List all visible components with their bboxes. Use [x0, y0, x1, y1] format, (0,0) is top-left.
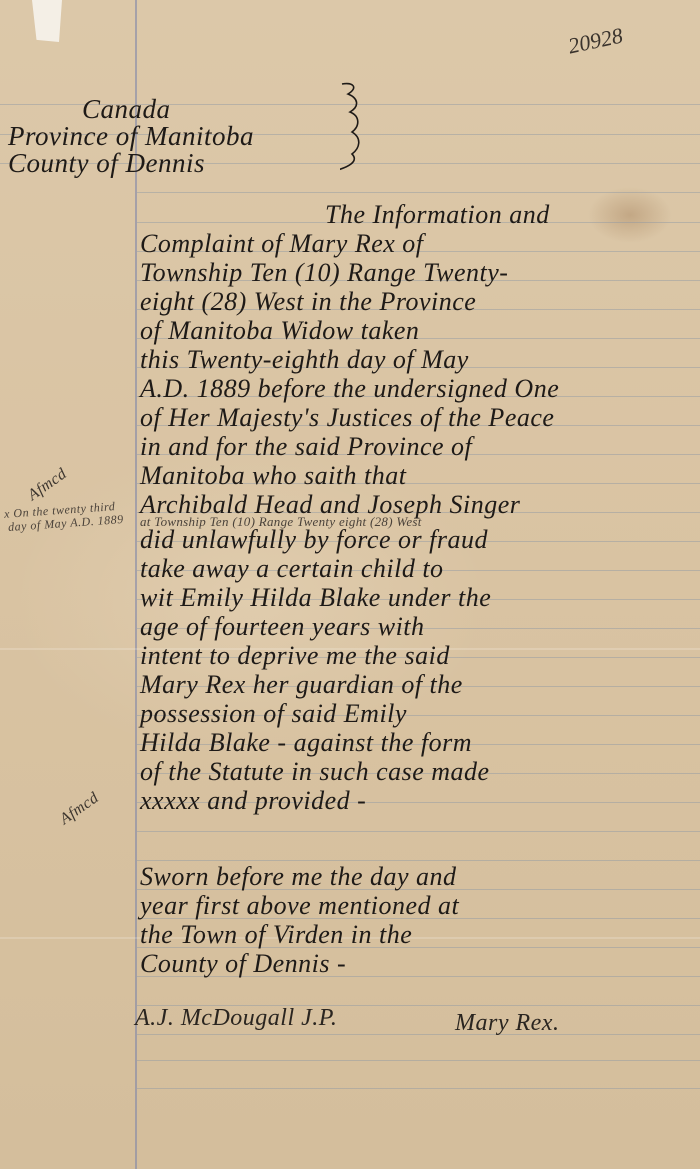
- body-line: The Information and: [325, 200, 550, 230]
- body-line: possession of said Emily: [140, 699, 407, 729]
- body-line: of Manitoba Widow taken: [140, 316, 419, 346]
- body-line: Complaint of Mary Rex of: [140, 229, 424, 259]
- body-line: intent to deprive me the said: [140, 641, 450, 671]
- body-line: Manitoba who saith that: [140, 461, 406, 491]
- torn-corner: [32, 0, 62, 42]
- ruled-line: [137, 860, 700, 861]
- body-line: wit Emily Hilda Blake under the: [140, 583, 491, 613]
- body-line: A.D. 1889 before the undersigned One: [140, 374, 559, 404]
- justice-signature: A.J. McDougall J.P.: [135, 1005, 337, 1032]
- body-line: this Twenty-eighth day of May: [140, 345, 469, 375]
- body-line: in and for the said Province of: [140, 432, 472, 462]
- body-line: Township Ten (10) Range Twenty-: [140, 258, 508, 288]
- jurat-line: year first above mentioned at: [140, 891, 459, 921]
- margin-initials: Afmcd: [57, 789, 103, 829]
- ruled-line: [137, 831, 700, 832]
- body-line: of the Statute in such case made: [140, 757, 490, 787]
- document-page: 20928 Canada Province of Manitoba County…: [0, 0, 700, 1169]
- jurat-line: the Town of Virden in the: [140, 920, 412, 950]
- body-line: Hilda Blake - against the form: [140, 728, 472, 758]
- body-line: did unlawfully by force or fraud: [140, 525, 488, 555]
- margin-initials: Afmcd: [25, 465, 71, 505]
- header-county: County of Dennis: [8, 148, 205, 179]
- body-line: of Her Majesty's Justices of the Peace: [140, 403, 554, 433]
- curly-brace-icon: [340, 82, 364, 172]
- ruled-line: [137, 1034, 700, 1035]
- jurat-line: County of Dennis -: [140, 949, 346, 979]
- complainant-signature: Mary Rex.: [455, 1010, 559, 1037]
- body-line: eight (28) West in the Province: [140, 287, 476, 317]
- ruled-line: [137, 192, 700, 193]
- body-line: xxxxx and provided -: [140, 786, 366, 816]
- body-line: Mary Rex her guardian of the: [140, 670, 463, 700]
- ruled-line: [137, 1060, 700, 1061]
- ruled-line: [137, 1088, 700, 1089]
- jurat-line: Sworn before me the day and: [140, 862, 457, 892]
- body-line: age of fourteen years with: [140, 612, 425, 642]
- body-line: take away a certain child to: [140, 554, 444, 584]
- catalog-number: 20928: [566, 23, 625, 60]
